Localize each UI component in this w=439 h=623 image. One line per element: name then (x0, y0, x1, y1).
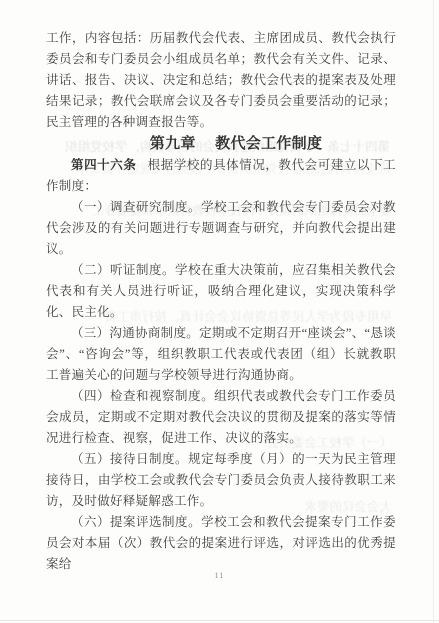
chapter-heading: 第九章教代会工作制度 (46, 133, 396, 155)
paragraph-item-5: （五）接待日制度。规定每季度（月）的一天为民主管理接待日，由学校工会或教代会专门… (46, 449, 396, 512)
paragraph-continuation: 工作，内容包括：历届教代会代表、主席团成员、教代会执行委员会和专门委员会小组成员… (46, 28, 396, 133)
paragraph-item-3: （三）沟通协商制度。定期或不定期召开“座谈会”、“恳谈会”、“咨询会”等，组织教… (46, 323, 396, 386)
scanned-document-page: 第四十七条 学校党组织是教代会的领导机构，学校党组织 应支持教代会在学校党组织领… (0, 0, 439, 623)
paragraph-clause-46: 第四十六条根据学校的具体情况，教代会可建立以下工作制度： (46, 155, 396, 197)
chapter-number: 第九章 (150, 136, 196, 152)
paragraph-item-6: （六）提案评选制度。学校工会和教代会提案专门工作委员会对本届（次）教代会的提案进… (46, 512, 396, 575)
clause-number: 第四十六条 (71, 158, 136, 172)
page-edge-bottom (0, 620, 439, 621)
paragraph-item-4: （四）检查和视察制度。组织代表或教代会专门工作委员会成员，定期或不定期对教代会决… (46, 386, 396, 449)
page-edge-right (433, 0, 434, 623)
paragraph-item-1: （一）调查研究制度。学校工会和教代会专门委员会对教代会涉及的有关问题进行专题调查… (46, 197, 396, 260)
page-number: 11 (0, 571, 439, 580)
chapter-title: 教代会工作制度 (215, 136, 322, 152)
document-body: 工作，内容包括：历届教代会代表、主席团成员、教代会执行委员会和专门委员会小组成员… (46, 28, 396, 575)
paragraph-item-2: （二）听证制度。学校在重大决策前，应召集相关教代会代表和有关人员进行听证，吸纳合… (46, 260, 396, 323)
